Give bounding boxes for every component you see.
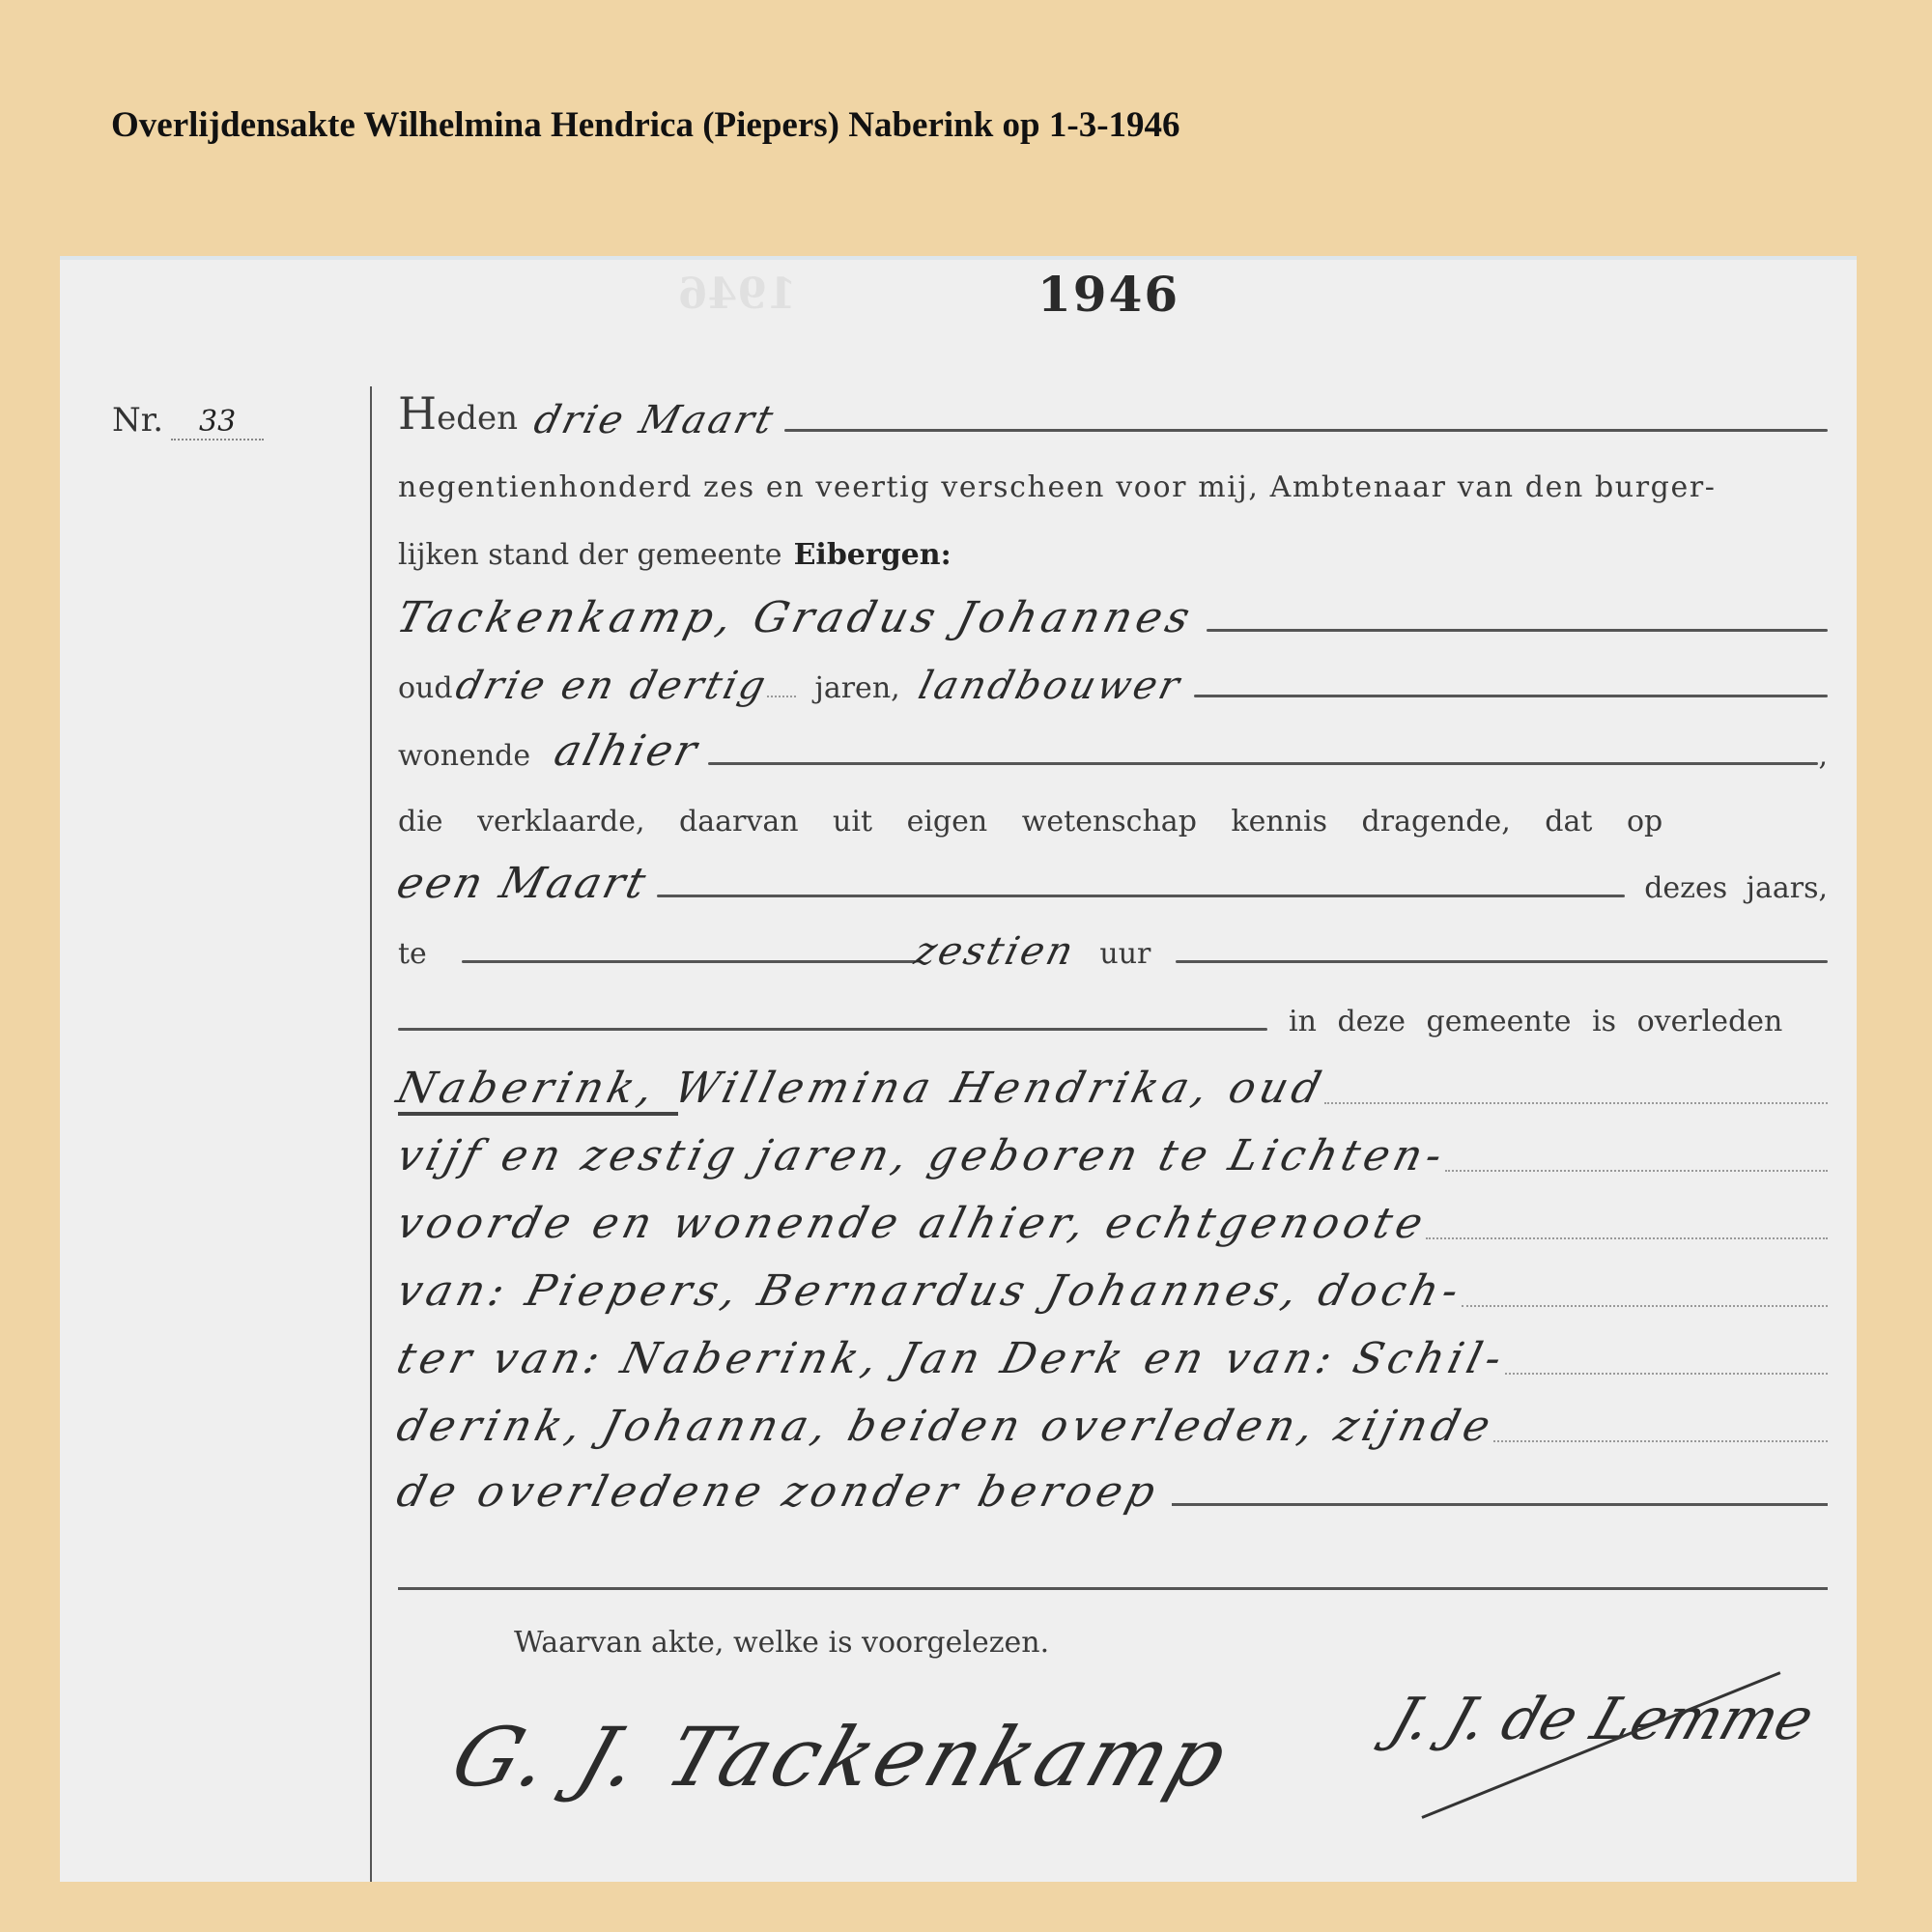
death-hour: zestien (911, 932, 1080, 971)
line-declarant-name: Tackenkamp, Gradus Johannes (398, 582, 1828, 639)
deceased-text-4: van: Piepers, Bernardus Johannes, doch- (393, 1270, 1467, 1313)
fill-line (1176, 960, 1828, 963)
fill-line (1207, 629, 1828, 632)
deceased-text-2: vijf en zestig jaren, geboren te Lichten… (393, 1135, 1451, 1178)
signature-declarant: G. J. Tackenkamp (440, 1710, 1242, 1804)
line-death-hour: te zestien uur (398, 913, 1828, 971)
death-date: een Maart (393, 863, 653, 905)
line-2: negentienhonderd zes en veertig verschee… (398, 446, 1828, 504)
jaren-label: jaren, (815, 671, 900, 705)
declarant-occupation: landbouwer (915, 667, 1185, 705)
fill-line (784, 429, 1828, 432)
municipality: Eibergen: (794, 538, 952, 572)
deceased-line-3: voorde en wonende alhier, echtgenoote (398, 1185, 1828, 1245)
line-3-prefix: lijken stand der gemeente (398, 538, 782, 572)
line-age-occupation: oud drie en dertig jaren, landbouwer (398, 647, 1828, 705)
uur-label: uur (1099, 937, 1151, 971)
fill-line (1194, 695, 1828, 697)
deceased-text-3: voorde en wonende alhier, echtgenoote (393, 1203, 1432, 1245)
closing-rule (398, 1587, 1828, 1590)
declared-text: die verklaarde, daarvan uit eigen wetens… (398, 805, 1662, 838)
deceased-text-1: Naberink, Willemina Hendrika, oud (393, 1067, 1330, 1110)
death-certificate-scan: 1946 1946 Nr. 33 Heden drie Maart negent… (60, 256, 1857, 1882)
deceased-line-1: Naberink, Willemina Hendrika, oud (398, 1050, 1828, 1110)
line-death-date: een Maart dezes jaars, (398, 847, 1828, 905)
fill-line (398, 1028, 1267, 1031)
deceased-line-5: ter van: Naberink, Jan Derk en van: Schi… (398, 1321, 1828, 1380)
oud-label: oud (398, 671, 453, 705)
line-heden: Heden drie Maart (398, 382, 1828, 440)
declarant-residence: alhier (551, 730, 704, 773)
record-number-value: 33 (171, 405, 264, 440)
heden-label: Heden (398, 387, 518, 440)
deceased-text-7: de overledene zonder beroep (393, 1471, 1164, 1514)
fill-line (708, 762, 1819, 765)
closing-statement: Waarvan akte, welke is voorgelezen. (514, 1626, 1049, 1660)
page-title: Overlijdensakte Wilhelmina Hendrica (Pie… (111, 104, 1180, 146)
deceased-text-5: ter van: Naberink, Jan Derk en van: Schi… (393, 1338, 1511, 1380)
deceased-line-6: derink, Johanna, beiden overleden, zijnd… (398, 1388, 1828, 1448)
record-number-label: Nr. (112, 401, 163, 440)
margin-rule (370, 386, 372, 1882)
deceased-text-6: derink, Johanna, beiden overleden, zijnd… (393, 1406, 1499, 1448)
line-overleden: in deze gemeente is overleden (398, 980, 1828, 1038)
deceased-line-2: vijf en zestig jaren, geboren te Lichten… (398, 1118, 1828, 1178)
te-label: te (398, 937, 427, 971)
line-3: lijken stand der gemeente Eibergen: (398, 514, 1828, 572)
declarant-age: drie en dertig (452, 667, 772, 705)
bleed-through-year: 1946 (678, 270, 796, 319)
document-year: 1946 (1037, 266, 1179, 323)
line-residence: wonende alhier , (398, 715, 1828, 773)
declarant-name: Tackenkamp, Gradus Johannes (393, 597, 1199, 639)
fill-line (462, 960, 916, 963)
fill-line (657, 895, 1626, 897)
surname-underline (398, 1112, 678, 1116)
dezes-jaars-label: dezes jaars, (1644, 871, 1828, 905)
line-declared: die verklaarde, daarvan uit eigen wetens… (398, 781, 1828, 838)
record-number: Nr. 33 (112, 401, 264, 440)
deceased-line-7: de overledene zonder beroep (398, 1454, 1828, 1514)
line-2-text: negentienhonderd zes en veertig verschee… (398, 470, 1717, 504)
heden-value: drie Maart (530, 401, 780, 440)
overleden-label: in deze gemeente is overleden (1289, 1005, 1782, 1038)
wonende-label: wonende (398, 739, 530, 773)
deceased-line-4: van: Piepers, Bernardus Johannes, doch- (398, 1253, 1828, 1313)
